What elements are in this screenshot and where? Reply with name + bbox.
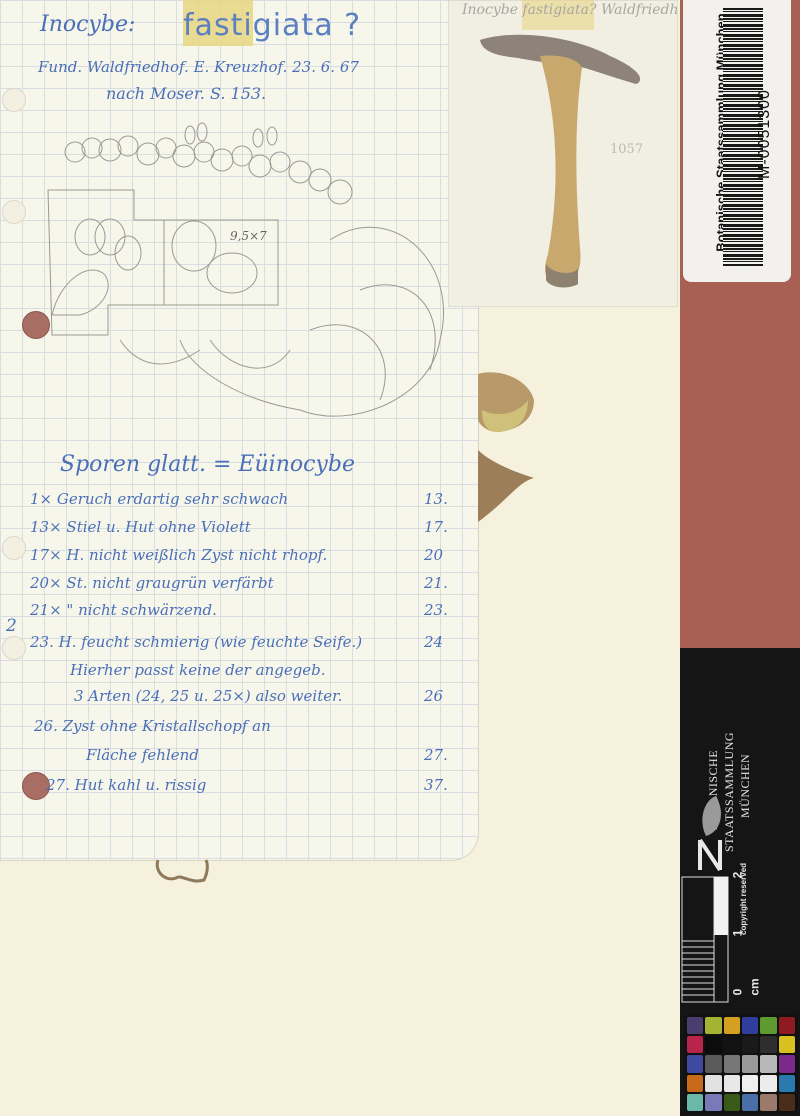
- key-row-number: 26: [424, 687, 443, 705]
- color-patch: [760, 1017, 776, 1034]
- microscopy-drawing: 9,5×7: [30, 110, 480, 440]
- color-patch: [760, 1075, 776, 1092]
- color-patch: [742, 1094, 758, 1111]
- logo-line-3: MÜNCHEN: [738, 754, 753, 818]
- color-patch: [779, 1036, 795, 1053]
- spore-size-annotation: 9,5×7: [230, 229, 267, 243]
- color-patch: [742, 1017, 758, 1034]
- specimen-fragment: [152, 858, 212, 886]
- key-row-text: 27. Hut kahl u. rissig: [46, 776, 206, 794]
- margin-mark: 2: [6, 616, 17, 636]
- color-patch: [687, 1036, 703, 1053]
- color-patch: [705, 1036, 721, 1053]
- scale-tick-2: 2: [730, 872, 744, 879]
- barcode-label: Botanische Staatssammlung München M-0051…: [683, 0, 791, 282]
- punch-hole: [2, 536, 26, 560]
- color-patch: [779, 1094, 795, 1111]
- key-row-text: 26. Zyst ohne Kristallschopf an: [34, 717, 271, 735]
- key-row-text: Hierher passt keine der angegeb.: [70, 661, 326, 679]
- key-row-number: 17.: [424, 518, 448, 536]
- color-patch: [687, 1055, 703, 1072]
- key-row-number: 21.: [424, 574, 448, 592]
- color-patch: [760, 1036, 776, 1053]
- color-patch: [742, 1055, 758, 1072]
- key-row-text: 23. H. feucht schmierig (wie feuchte Sei…: [30, 633, 362, 651]
- key-heading: Sporen glatt. = Eüinocybe: [60, 452, 355, 477]
- scale-tick-1: 1: [730, 930, 744, 937]
- key-row-number: 24: [424, 633, 443, 651]
- key-row-text: 13× Stiel u. Hut ohne Violett: [30, 518, 251, 536]
- color-patch: [779, 1017, 795, 1034]
- locality-line: Fund. Waldfriedhof. E. Kreuzhof. 23. 6. …: [38, 58, 359, 76]
- color-patch: [705, 1055, 721, 1072]
- color-patch: [687, 1017, 703, 1034]
- color-patch: [724, 1055, 740, 1072]
- punch-hole: [2, 88, 26, 112]
- punch-hole: [2, 636, 26, 660]
- mushroom-section-painting: [478, 28, 648, 298]
- key-row-number: 13.: [424, 490, 448, 508]
- key-row-text: 1× Geruch erdartig sehr schwach: [30, 490, 288, 508]
- scale-unit: cm: [748, 978, 762, 995]
- key-row-number: 37.: [424, 776, 448, 794]
- bsm-leaf-logo-icon: [686, 790, 736, 875]
- species-title: fastigiata ?: [183, 8, 361, 43]
- color-patch: [779, 1055, 795, 1072]
- color-patch: [724, 1075, 740, 1092]
- key-row-text: 20× St. nicht graugrün verfärbt: [30, 574, 274, 592]
- key-row-number: 23.: [424, 601, 448, 619]
- key-row-number: 27.: [424, 746, 448, 764]
- color-patch: [724, 1036, 740, 1053]
- color-calibration-chart: [684, 1014, 798, 1114]
- color-patch: [724, 1094, 740, 1111]
- color-patch: [705, 1094, 721, 1111]
- key-row-text: 17× H. nicht weißlich Zyst nicht rhopf.: [30, 546, 327, 564]
- color-patch: [705, 1075, 721, 1092]
- mushroom-painting: [478, 370, 540, 525]
- color-patch: [760, 1055, 776, 1072]
- key-row-text: 21× " nicht schwärzend.: [30, 601, 217, 619]
- key-row-text: 3 Arten (24, 25 u. 25×) also weiter.: [74, 687, 342, 705]
- color-patch: [724, 1017, 740, 1034]
- color-patch: [779, 1075, 795, 1092]
- reference-line: nach Moser. S. 153.: [106, 84, 266, 103]
- scale-bar: [680, 875, 730, 1010]
- key-row-number: 20: [424, 546, 443, 564]
- punch-hole: [2, 200, 26, 224]
- key-row-text: Fläche fehlend: [86, 746, 199, 764]
- genus-title: Inocybe:: [40, 12, 135, 37]
- color-patch: [760, 1094, 776, 1111]
- color-patch: [705, 1017, 721, 1034]
- color-patch: [687, 1075, 703, 1092]
- specimen-id: M-0051300: [756, 14, 774, 254]
- color-patch: [742, 1075, 758, 1092]
- scale-tick-0: 0: [730, 989, 744, 996]
- color-patch: [687, 1094, 703, 1111]
- color-patch: [742, 1036, 758, 1053]
